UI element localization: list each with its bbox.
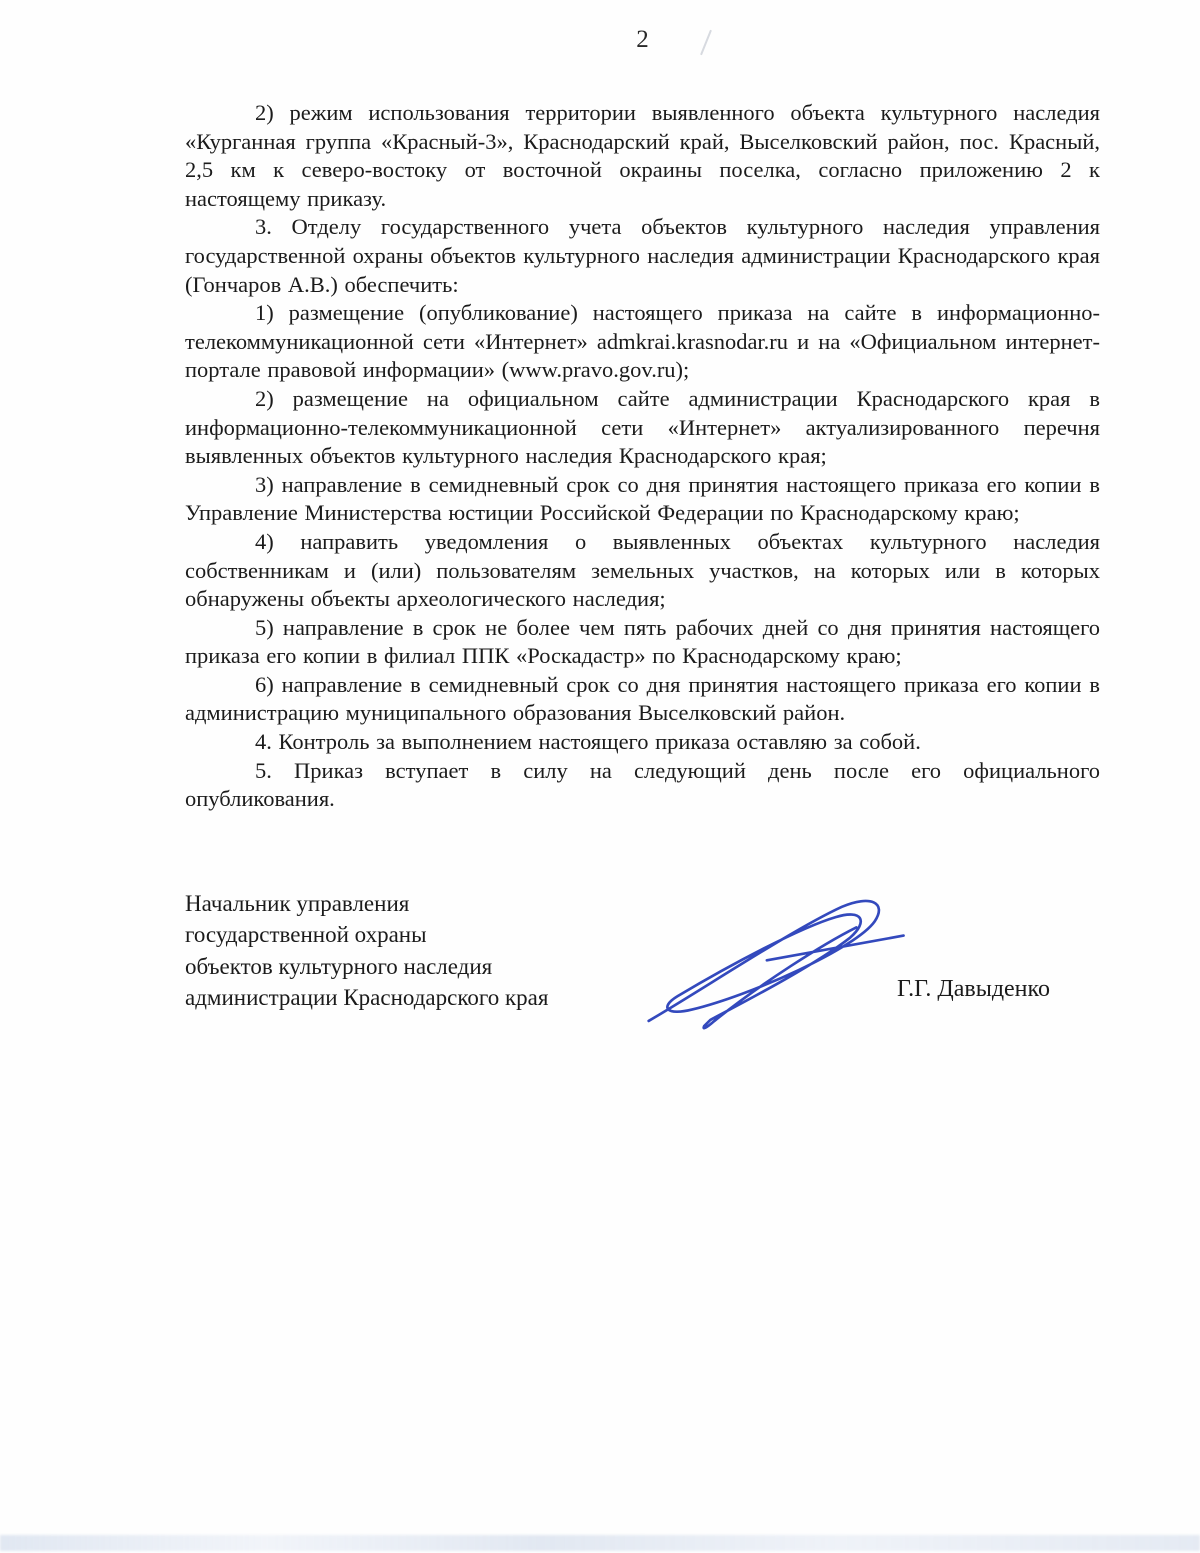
paragraph: 4. Контроль за выполнением настоящего пр… xyxy=(185,728,1100,757)
paragraph: 1) размещение (опубликование) настоящего… xyxy=(185,299,1100,385)
paragraph: 2) размещение на официальном сайте админ… xyxy=(185,385,1100,471)
signature-name: Г.Г. Давыденко xyxy=(897,976,1050,1003)
page-number: 2 xyxy=(185,26,1100,54)
paragraph: 2) режим использования территории выявле… xyxy=(185,99,1100,213)
signature-block: Начальник управления государственной охр… xyxy=(185,888,1100,1108)
paragraph: 6) направление в семидневный срок со дня… xyxy=(185,671,1100,728)
paragraph: 5) направление в срок не более чем пять … xyxy=(185,614,1100,671)
handwritten-signature-icon xyxy=(627,876,917,1061)
scanned-document-page: 2 2) режим использования территории выяв… xyxy=(0,0,1200,1553)
paragraph: 3. Отделу государственного учета объекто… xyxy=(185,213,1100,299)
paragraph: 5. Приказ вступает в силу на следующий д… xyxy=(185,757,1100,814)
paragraph: 3) направление в семидневный срок со дня… xyxy=(185,471,1100,528)
signature-stroke xyxy=(649,901,904,1028)
paragraph: 4) направить уведомления о выявленных об… xyxy=(185,528,1100,614)
scan-artifact-band xyxy=(0,1535,1200,1551)
document-body: 2) режим использования территории выявле… xyxy=(185,99,1100,1108)
